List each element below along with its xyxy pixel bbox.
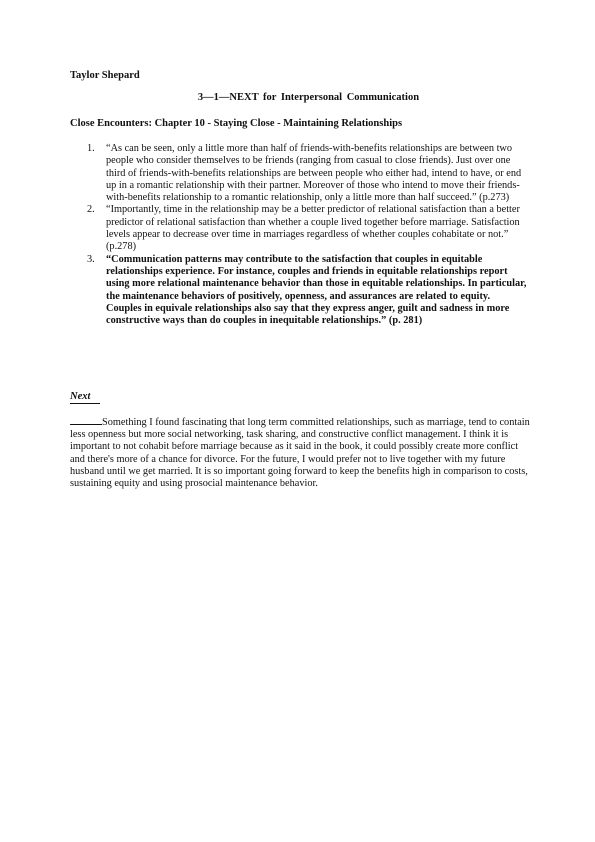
quote-list: 1. “As can be seen, only a little more t… <box>87 143 527 327</box>
quote-number: 1. <box>87 143 95 155</box>
chapter-subtitle: Close Encounters: Chapter 10 - Staying C… <box>70 118 402 129</box>
quote-text: “Importantly, time in the relationship m… <box>106 204 520 252</box>
author-name: Taylor Shepard <box>70 70 140 81</box>
quote-item-2: 2. “Importantly, time in the relationshi… <box>87 204 527 253</box>
quote-item-1: 1. “As can be seen, only a little more t… <box>87 143 527 204</box>
quote-text: “As can be seen, only a little more than… <box>106 143 521 203</box>
document-page: Taylor Shepard 3—1—NEXT for Interpersona… <box>0 0 595 842</box>
quote-number: 3. <box>87 254 95 266</box>
quote-number: 2. <box>87 204 95 216</box>
next-paragraph: Something I found fascinating that long … <box>70 415 530 490</box>
blank-line <box>70 415 102 425</box>
document-title: 3—1—NEXT for Interpersonal Communication <box>0 92 595 103</box>
next-paragraph-text: Something I found fascinating that long … <box>70 417 530 489</box>
quote-item-3: 3. “Communication patterns may contribut… <box>87 254 527 328</box>
quote-text: “Communication patterns may contribute t… <box>106 254 526 326</box>
next-heading: Next <box>70 391 100 404</box>
